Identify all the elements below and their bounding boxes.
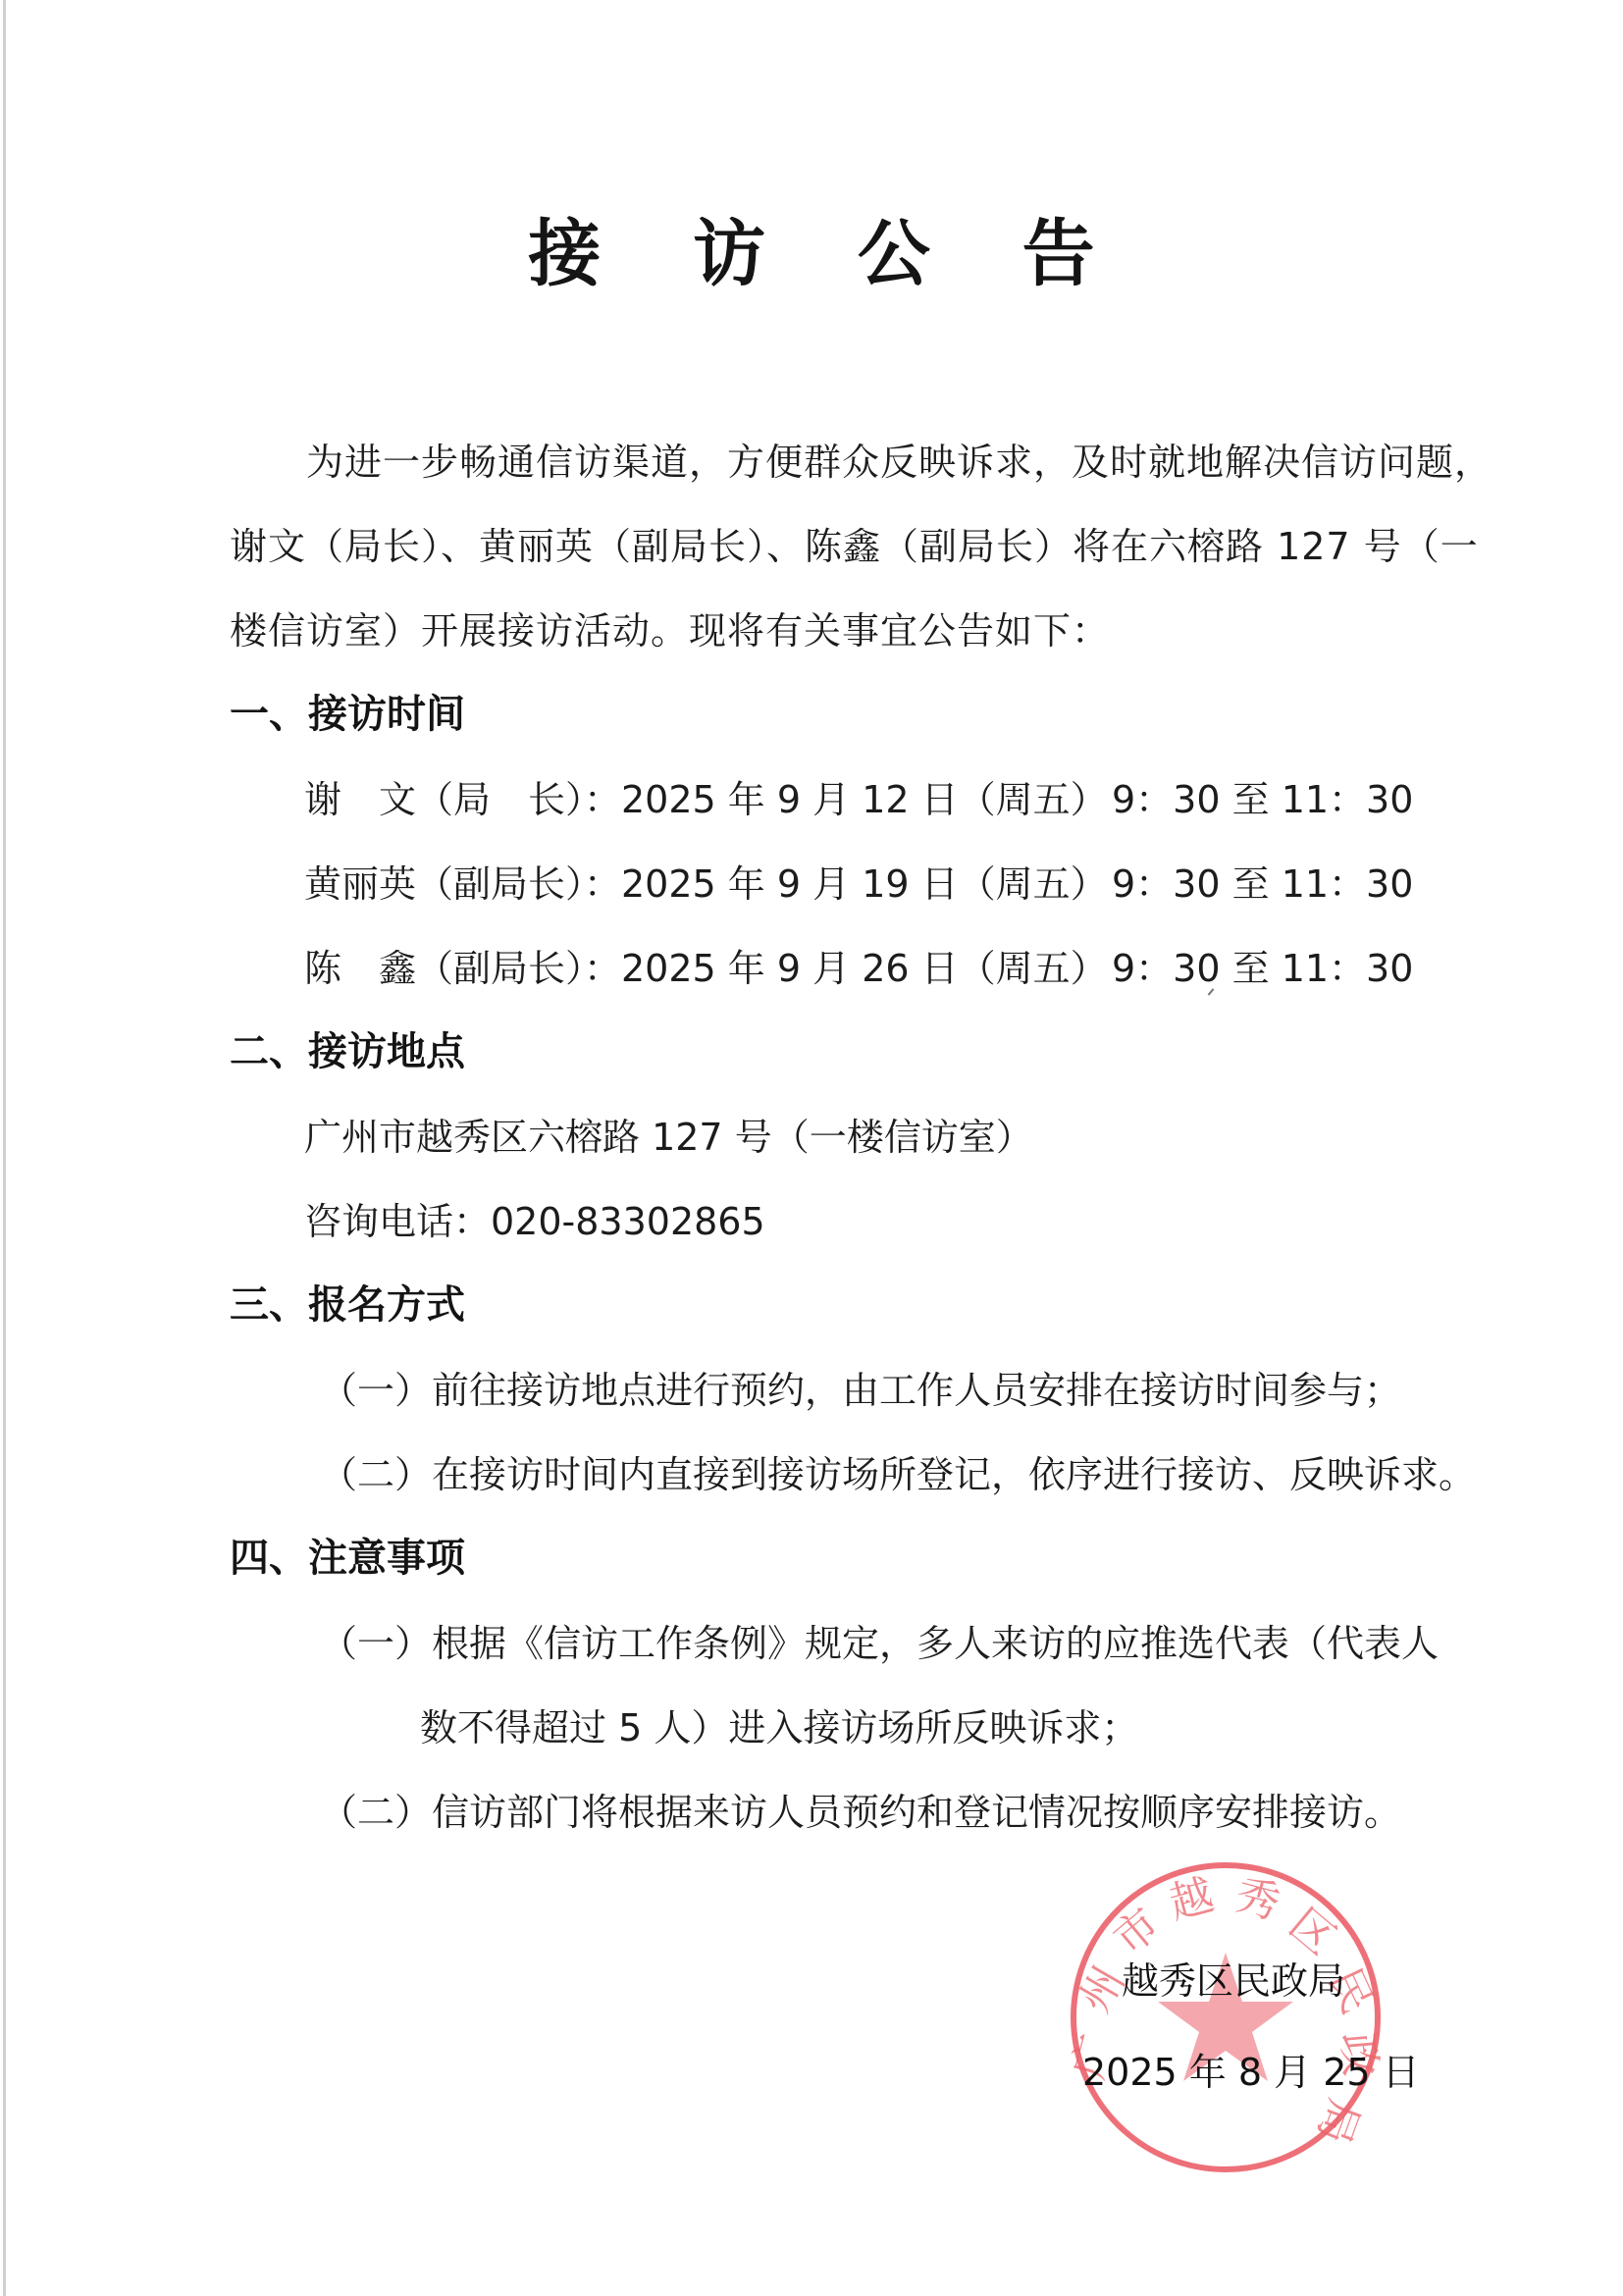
schedule-row-3-time: 9：30 至 11：30	[1112, 950, 1413, 987]
notes-item-1-line-2: 数不得超过 5 人）进入接访场所反映诉求；	[420, 1709, 1138, 1747]
svg-text:秀: 秀	[1230, 1870, 1285, 1930]
svg-text:市: 市	[1104, 1899, 1169, 1964]
section-heading-location: 二、接访地点	[230, 1032, 465, 1071]
section-heading-notes: 四、注意事项	[230, 1539, 465, 1578]
schedule-row-1-time: 9：30 至 11：30	[1112, 781, 1413, 818]
schedule-row-1-person: 谢 文（局 长）：2025 年 9 月 12 日（周五）	[304, 781, 1108, 818]
schedule-row-3-person: 陈 鑫（副局长）：2025 年 9 月 26 日（周五）	[304, 950, 1108, 987]
schedule-row-2-person: 黄丽英（副局长）：2025 年 9 月 19 日（周五）	[304, 865, 1108, 903]
intro-line-3: 楼信访室）开展接访活动。现将有关事宜公告如下：	[230, 612, 1110, 650]
document-title: 接 访 公 告	[0, 218, 1623, 290]
scan-edge-line	[3, 0, 6, 2296]
issuer-organization: 越秀区民政局	[1122, 1962, 1345, 2000]
intro-line-2: 谢文（局长）、黄丽英（副局长）、陈鑫（副局长）将在六榕路 127 号（一	[230, 528, 1479, 565]
notes-item-2: （二）信访部门将根据来访人员预约和登记情况按顺序安排接访。	[320, 1794, 1401, 1831]
svg-text:越: 越	[1164, 1870, 1219, 1930]
section-heading-registration: 三、报名方式	[230, 1285, 465, 1325]
contact-phone: 咨询电话：020-83302865	[304, 1203, 765, 1240]
notes-item-1-line-1: （一）根据《信访工作条例》规定，多人来访的应推选代表（代表人	[320, 1625, 1439, 1662]
issue-date: 2025 年 8 月 25 日	[1082, 2054, 1420, 2091]
intro-line-1: 为进一步畅通信访渠道，方便群众反映诉求，及时就地解决信访问题，	[306, 444, 1492, 481]
location-address: 广州市越秀区六榕路 127 号（一楼信访室）	[304, 1119, 1033, 1156]
schedule-row-2-time: 9：30 至 11：30	[1112, 865, 1413, 903]
registration-item-2: （二）在接访时间内直接到接访场所登记，依序进行接访、反映诉求。	[320, 1456, 1476, 1493]
official-seal-stamp: 广 州 市 越 秀 区 民 政 局	[1068, 1859, 1384, 2175]
section-heading-time: 一、接访时间	[230, 695, 465, 734]
registration-item-1: （一）前往接访地点进行预约，由工作人员安排在接访时间参与；	[320, 1372, 1401, 1409]
